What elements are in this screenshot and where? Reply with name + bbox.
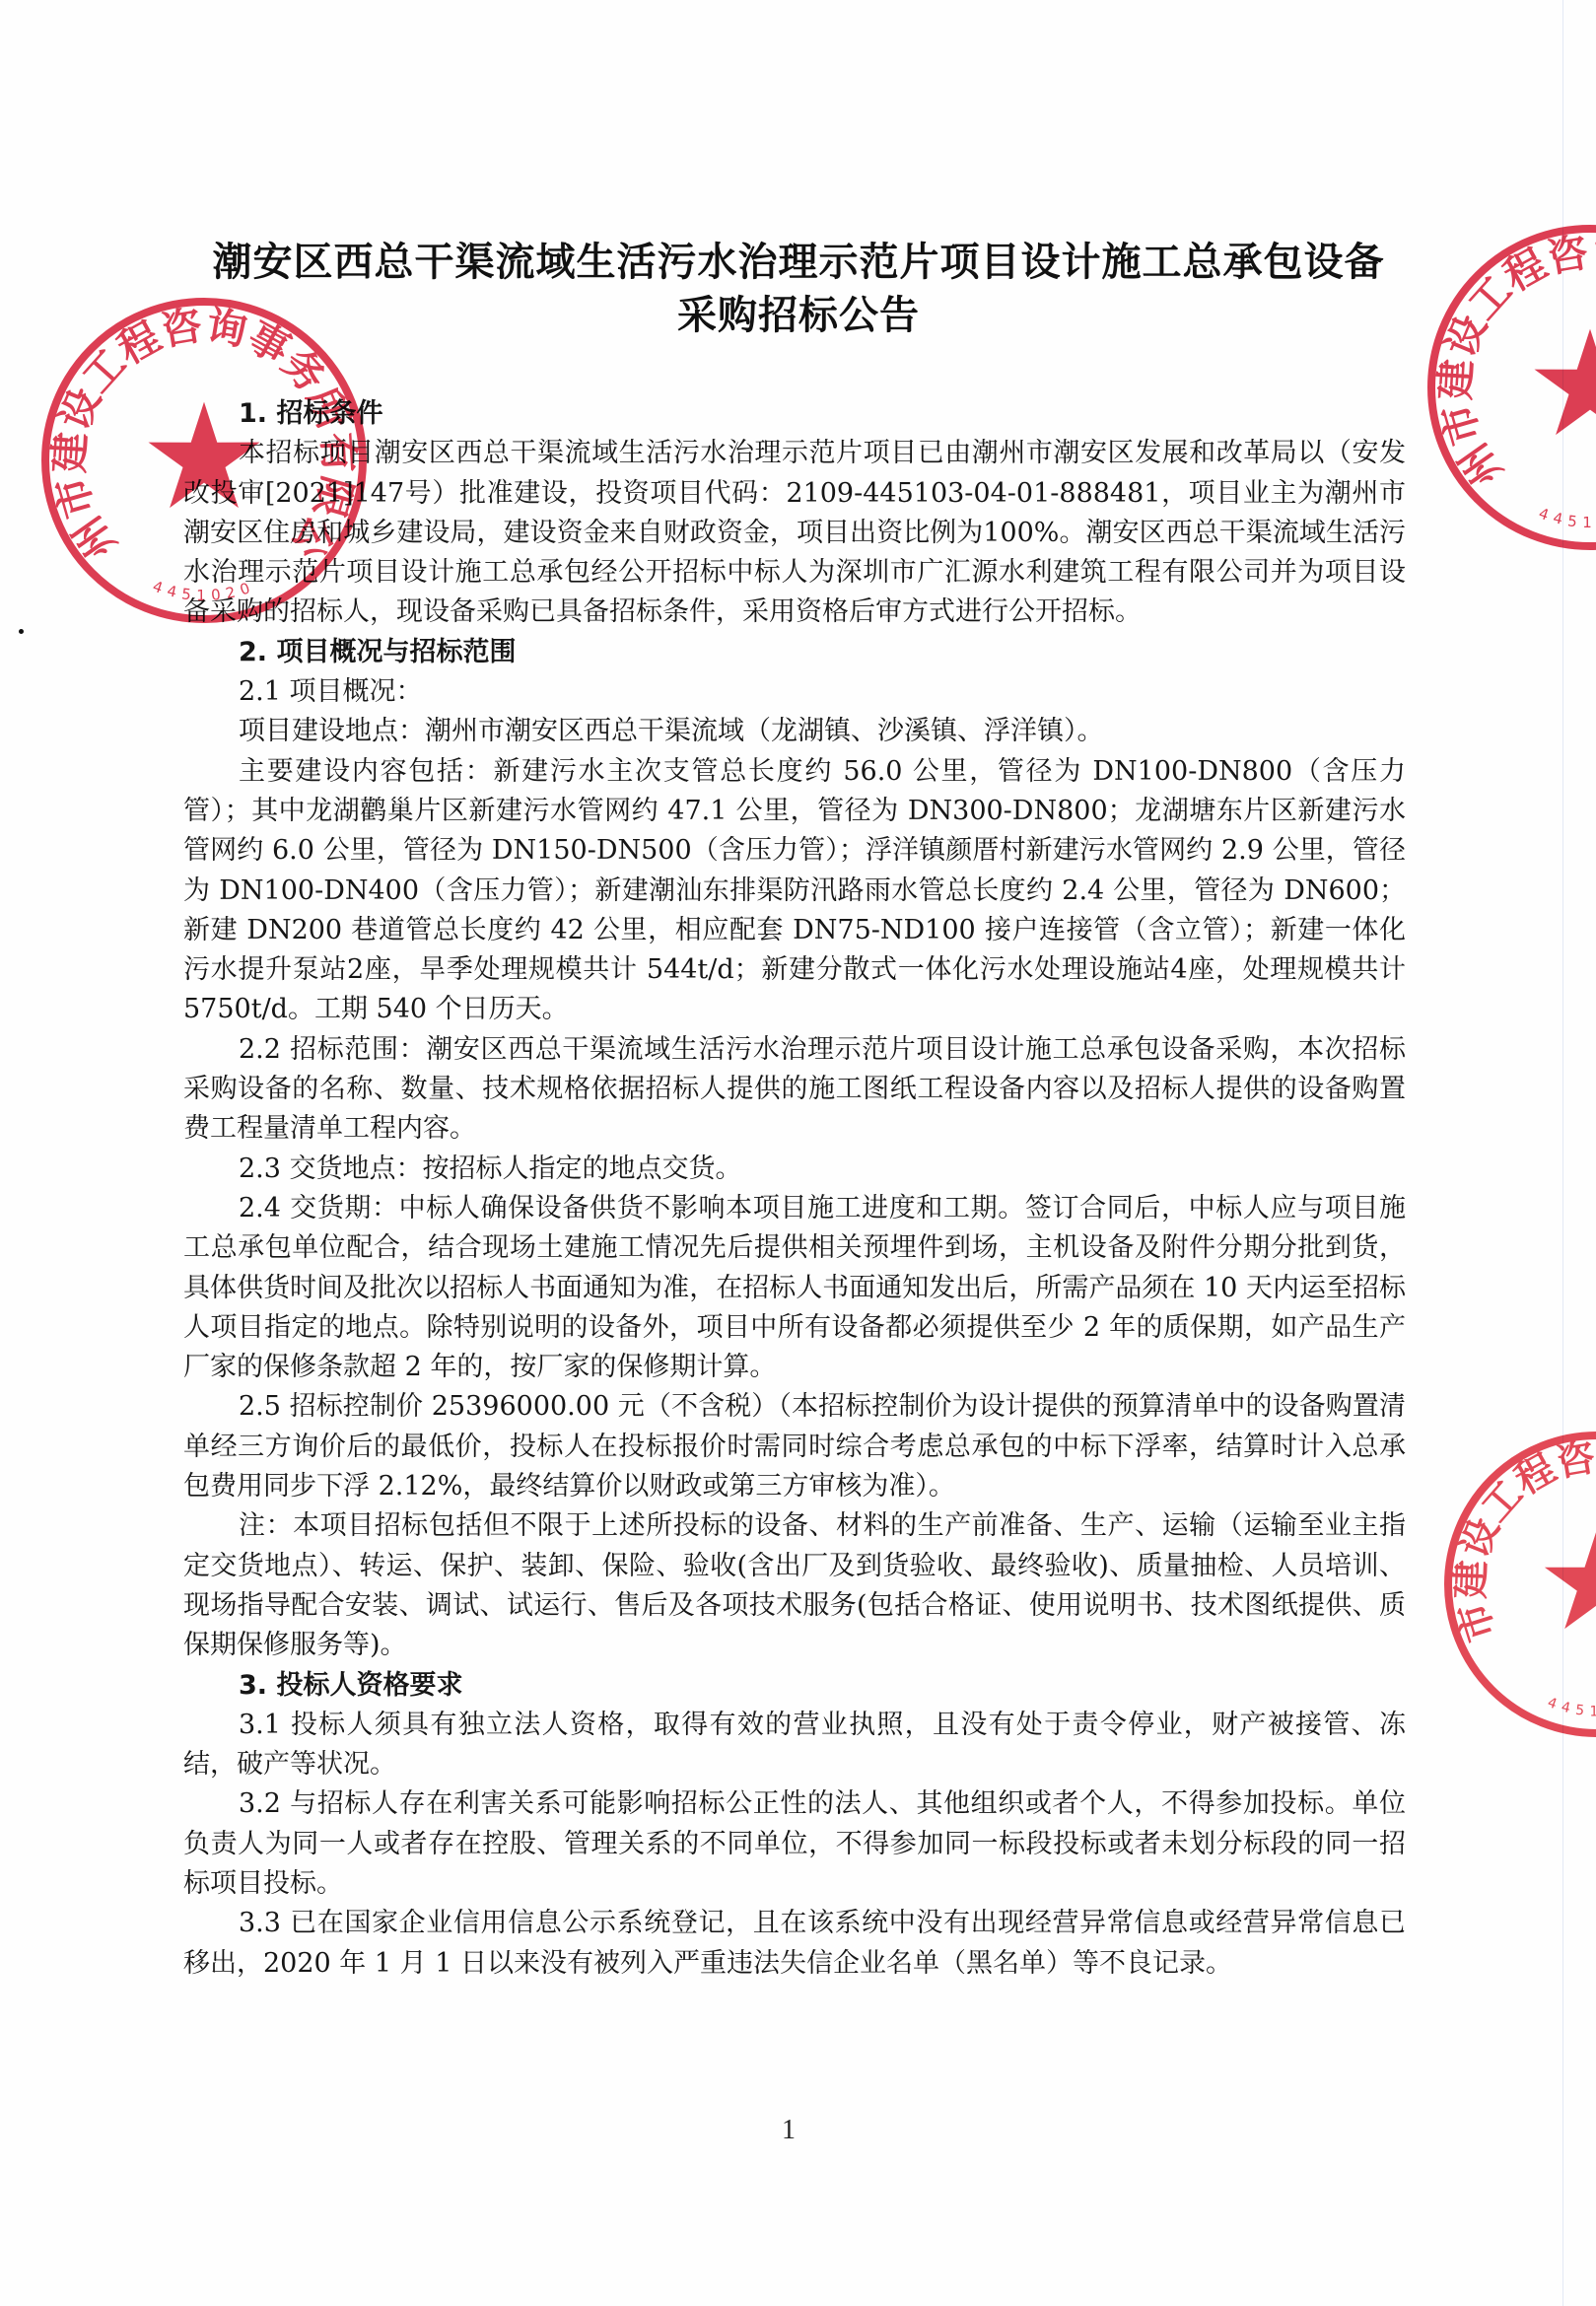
paragraph-bidding-conditions: 本招标项目潮安区西总干渠流域生活污水治理示范片项目已由潮州市潮安区发展和改革局以… [183, 434, 1406, 632]
svg-text:4451020: 4451020 [1546, 1695, 1596, 1719]
paragraph-2-4-delivery-period: 2.4 交货期：中标人确保设备供货不影响本项目施工进度和工期。签订合同后，中标人… [183, 1189, 1406, 1387]
document-body: 1. 招标条件 本招标项目潮安区西总干渠流域生活污水治理示范片项目已由潮州市潮安… [183, 394, 1406, 1984]
document-title-line-2: 采购招标公告 [148, 284, 1449, 340]
svg-text:4451020: 4451020 [1537, 505, 1596, 531]
paragraph-3-1: 3.1 投标人须具有独立法人资格，取得有效的营业执照，且没有处于责令停业，财产被… [183, 1706, 1406, 1785]
scan-speck [19, 629, 24, 634]
paragraph-location: 项目建设地点：潮州市潮安区西总干渠流域（龙湖镇、沙溪镇、浮洋镇）。 [183, 712, 1406, 751]
paragraph-2-5-control-price: 2.5 招标控制价 25396000.00 元（不含税）（本招标控制价为设计提供… [183, 1387, 1406, 1506]
document-title-line-1: 潮安区西总干渠流域生活污水治理示范片项目设计施工总承包设备 [148, 231, 1449, 287]
paragraph-3-2: 3.2 与招标人存在利害关系可能影响招标公正性的法人、其他组织或者个人，不得参加… [183, 1784, 1406, 1904]
official-seal-right-bottom: 潮州市建设工程咨询事务所有限公司4451020 [1439, 1427, 1596, 1742]
section-heading-2: 2. 项目概况与招标范围 [183, 633, 1406, 672]
scan-edge-line [1562, 0, 1563, 2306]
page-number: 1 [779, 2115, 798, 2146]
paragraph-construction-content: 主要建设内容包括：新建污水主次支管总长度约 56.0 公里，管径为 DN100-… [183, 752, 1406, 1030]
section-heading-1: 1. 招标条件 [183, 394, 1406, 434]
paragraph-note: 注：本项目招标包括但不限于上述所投标的设备、材料的生产前准备、生产、运输（运输至… [183, 1506, 1406, 1665]
paragraph-3-3: 3.3 已在国家企业信用信息公示系统登记，且在该系统中没有出现经营异常信息或经营… [183, 1904, 1406, 1984]
paragraph-2-3-delivery-place: 2.3 交货地点：按招标人指定的地点交货。 [183, 1150, 1406, 1189]
paragraph-2-2-scope: 2.2 招标范围：潮安区西总干渠流域生活污水治理示范片项目设计施工总承包设备采购… [183, 1030, 1406, 1150]
paragraph-2-1-label: 2.1 项目概况： [183, 672, 1406, 712]
svg-text:潮州市建设工程咨询事务所有限公司: 潮州市建设工程咨询事务所有限公司 [1439, 1427, 1596, 1646]
document-page: 潮安区西总干渠流域生活污水治理示范片项目设计施工总承包设备 采购招标公告 1. … [0, 0, 1596, 2306]
section-heading-3: 3. 投标人资格要求 [183, 1666, 1406, 1706]
